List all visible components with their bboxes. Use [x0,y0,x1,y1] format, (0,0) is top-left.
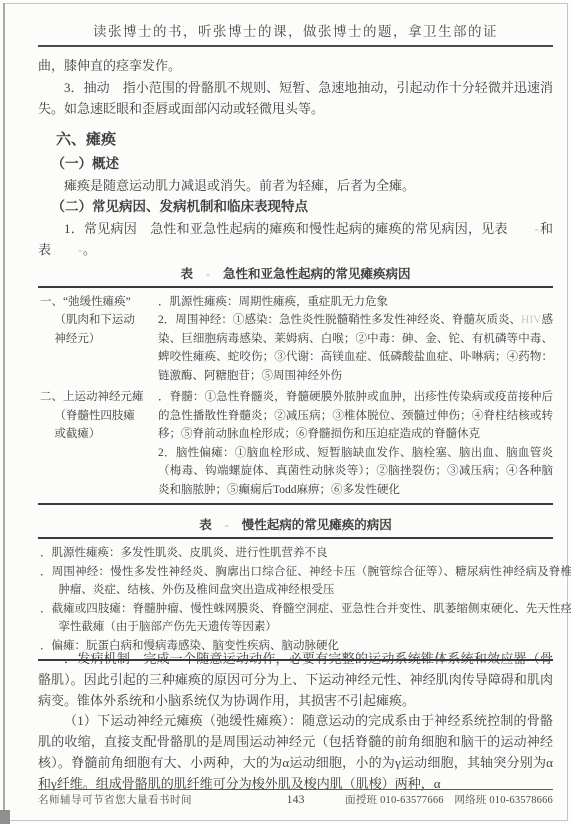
scan-corner-mark [0,810,10,824]
table-row: 一、“弛缓性瘫痪” （肌肉和下运动 神经元） ．肌源性瘫痪：周期性瘫痪，重症肌无… [40,293,553,386]
paragraph-continuation: 曲，膝伸直的痉挛发作。 [38,55,553,77]
scan-edge [3,3,5,824]
table2-caption-number: - [212,516,242,535]
cause-item: 2．周围神经：①感染：急性炎性脱髓鞘性多发性神经炎、脊髓灰质炎、HIV感染、巨细… [158,311,553,385]
table1-body: 一、“弛缓性瘫痪” （肌肉和下运动 神经元） ．肌源性瘫痪：周期性瘫痪，重症肌无… [38,288,553,504]
table2-body: ．肌源性瘫痪：多发性肌炎、皮肌炎、进行性肌营养不良 ．周围神经：慢性多发性神经炎… [38,539,571,659]
table2-caption-title: 慢性起病的常见瘫痪的病因 [242,518,392,532]
table2-caption-prefix: 表 [199,518,212,532]
row-label-line: （脊髓性四肢瘫 [40,407,158,426]
row-label-line: 二、上运动神经元瘫 [40,388,158,407]
row-content: ．脊髓：①急性脊髓炎，脊髓硬膜外脓肿或血肿，出疹性传染病或疫苗接种后的急性播散性… [158,388,553,499]
cause-item-text: ．肌源性瘫痪：周期性瘫痪，重症肌无力危象 [158,296,388,308]
table-acute-causes: 表-急性和亚急性起病的常见瘫痪病因 一、“弛缓性瘫痪” （肌肉和下运动 神经元）… [38,265,553,506]
row-label-line: （肌肉和下运动 [40,311,158,330]
chronic-cause-item: ．截瘫或四肢瘫：脊髓肿瘤、慢性蛛网膜炎、脊髓空洞症、亚急性合并变性、肌萎缩侧束硬… [40,600,571,637]
cause-item-text: 2．周围神经：①感染：急性炎性脱髓鞘性多发性神经炎、脊髓灰质炎、 [158,314,521,326]
causes-intro: 1．常见病因 急性和亚急性起病的瘫痪和慢性起病的瘫痪的常见病因，见表-和表-。 [38,218,553,261]
table1-caption-number: - [193,265,223,284]
chronic-cause-item: ．周围神经：慢性多发性神经炎、胸廓出口综合征、神经卡压（腕管综合征等）、糖尿病性… [40,563,571,600]
table-ref-2: - [51,239,83,261]
row-label-line: 一、“弛缓性瘫痪” [40,293,158,312]
cause-item-text: 2．脑性偏瘫：①脑血栓形成、短暂脑缺血发作、脑栓塞、脑出血、脑血管炎（梅毒、钩端… [158,447,553,496]
table-ref-1: - [508,218,540,240]
causes-intro-end: 。 [83,242,96,257]
row-label-flaccid-paralysis: 一、“弛缓性瘫痪” （肌肉和下运动 神经元） [40,293,158,386]
row-label-line: 或截瘫） [40,425,158,444]
overview-text: 瘫痪是随意运动肌力减退或消失。前者为轻瘫，后者为全瘫。 [38,175,553,197]
paragraph-twitch: 3．抽动 指小范围的骨骼肌不规则、短暂、急速地抽动，引起动作十分轻微并迅速消失。… [38,77,553,120]
header-slogan: 读张博士的书，听张博士的课，做张博士的题，拿卫生部的证 [38,20,553,40]
row-content: ．肌源性瘫痪：周期性瘫痪，重症肌无力危象 2．周围神经：①感染：急性炎性脱髓鞘性… [158,293,553,386]
lower-motor-neuron-paragraph: （1）下运动神经元瘫痪（弛缓性瘫痪）：随意运动的完成系由于神经系统控制的骨骼肌的… [38,711,553,794]
header-rule [38,45,553,47]
table1-caption-title: 急性和亚急性起病的常见瘫痪病因 [223,267,411,281]
page-footer: 名师辅导可节省您大量看书时间 143 面授班 010-63577666 网络班 … [38,792,553,807]
chronic-cause-item: ．肌源性瘫痪：多发性肌炎、皮肌炎、进行性肌营养不良 [40,544,571,563]
row-label-line: 神经元） [40,330,158,349]
cause-item: 2．脑性偏瘫：①脑血栓形成、短暂脑缺血发作、脑栓塞、脑出血、脑血管炎（梅毒、钩端… [158,444,553,500]
section-heading-paralysis: 六、瘫痪 [38,130,553,152]
table1-caption-prefix: 表 [180,267,193,281]
footer-left-slogan: 名师辅导可节省您大量看书时间 [38,792,266,807]
footer-contact-info: 面授班 010-63577666 网络班 010-63578666 [326,792,554,807]
footer-rule [38,789,553,790]
table1-bottom-rule [38,503,553,505]
cause-item-faded-text: HIV [521,314,541,326]
cause-item-text: ．脊髓：①急性脊髓炎，脊髓硬膜外脓肿或血肿，出疹性传染病或疫苗接种后的急性播散性… [158,391,553,440]
page-number: 143 [266,792,326,807]
subsection-causes-heading: （二）常见病因、发病机制和临床表现特点 [38,196,553,218]
scanned-textbook-page: 读张博士的书，听张博士的课，做张博士的题，拿卫生部的证 曲，膝伸直的痉挛发作。 … [0,0,571,824]
table1-caption: 表-急性和亚急性起病的常见瘫痪病因 [38,265,553,284]
causes-intro-text: 1．常见病因 急性和亚急性起病的瘫痪和慢性起病的瘫痪的常见病因，见表 [64,221,508,236]
cause-item: ．脊髓：①急性脊髓炎，脊髓硬膜外脓肿或血肿，出疹性传染病或疫苗接种后的急性播散性… [158,388,553,444]
cause-item: ．肌源性瘫痪：周期性瘫痪，重症肌无力危象 [158,293,553,312]
subsection-overview-heading: （一）概述 [38,153,553,175]
mechanism-section: ．发病机制 完成一个随意运动动作，必要有完整的运动系统锥体系统和效应器（骨骼肌）… [38,649,553,795]
row-label-upper-motor-neuron: 二、上运动神经元瘫 （脊髓性四肢瘫 或截瘫） [40,388,158,499]
table-chronic-causes: 表-慢性起病的常见瘫痪的病因 ．肌源性瘫痪：多发性肌炎、皮肌炎、进行性肌营养不良… [38,516,553,661]
page-body: 曲，膝伸直的痉挛发作。 3．抽动 指小范围的骨骼肌不规则、短暂、急速地抽动，引起… [38,55,553,661]
table-row: 二、上运动神经元瘫 （脊髓性四肢瘫 或截瘫） ．脊髓：①急性脊髓炎，脊髓硬膜外脓… [40,388,553,499]
mechanism-paragraph: ．发病机制 完成一个随意运动动作，必要有完整的运动系统锥体系统和效应器（骨骼肌）… [38,649,553,711]
table2-caption: 表-慢性起病的常见瘫痪的病因 [38,516,553,535]
